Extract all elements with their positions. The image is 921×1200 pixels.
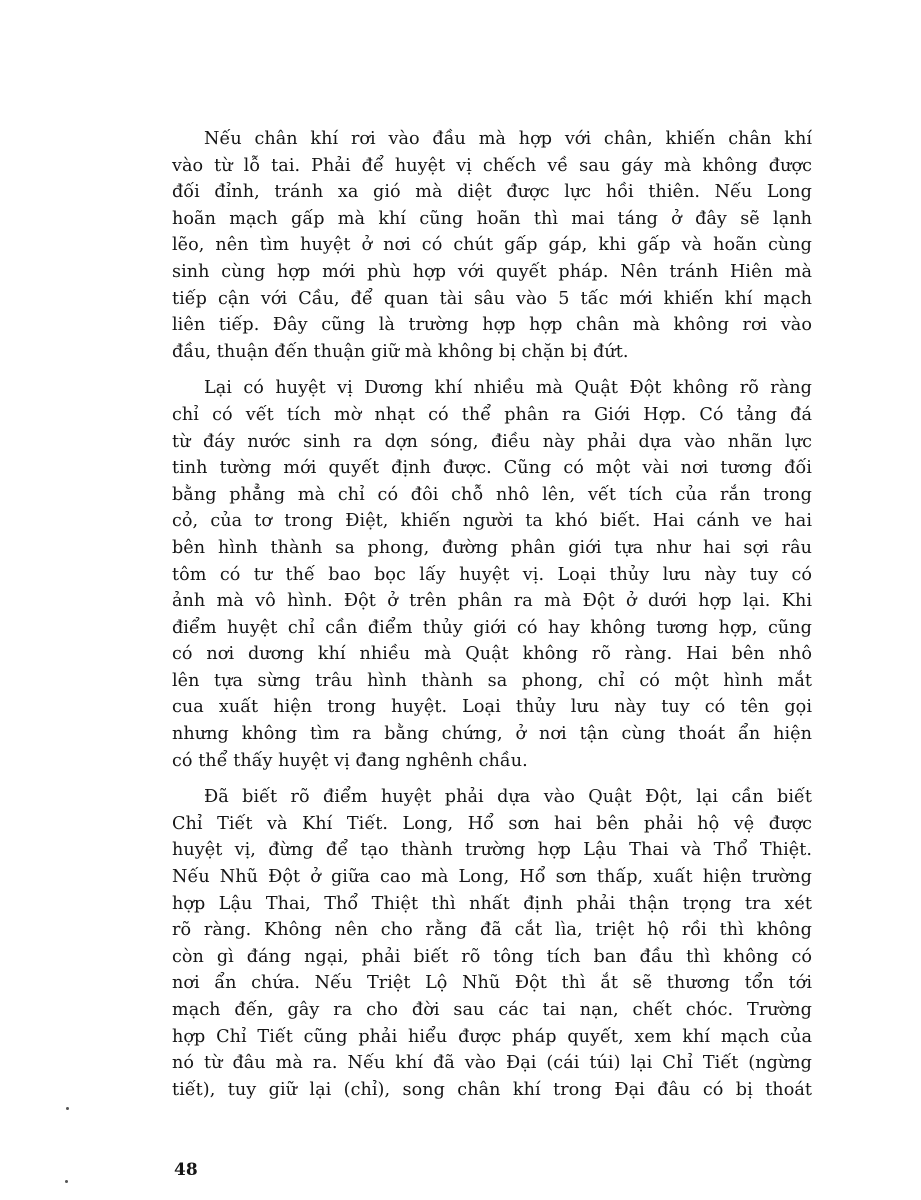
text-line: hợp Lậu Thai, Thổ Thiệt thì nhất định ph… (172, 891, 812, 918)
text-line: bằng phẳng mà chỉ có đôi chỗ nhô lên, vế… (172, 482, 812, 509)
text-line: có nơi dương khí nhiều mà Quật không rõ … (172, 641, 812, 668)
text-line: còn gì đáng ngại, phải biết rõ tông tích… (172, 944, 812, 971)
text-line: tôm có tư thế bao bọc lấy huyệt vị. Loại… (172, 562, 812, 589)
text-line: sinh cùng hợp mới phù hợp với quyết pháp… (172, 259, 812, 286)
text-line: nó từ đâu mà ra. Nếu khí đã vào Đại (cái… (172, 1050, 812, 1077)
text-line: hoãn mạch gấp mà khí cũng hoãn thì mai t… (172, 206, 812, 233)
scan-speck (65, 1180, 68, 1183)
paragraph: Đã biết rõ điểm huyệt phải dựa vào Quật … (172, 784, 812, 1103)
text-line: Đã biết rõ điểm huyệt phải dựa vào Quật … (172, 784, 812, 811)
text-line: liên tiếp. Đây cũng là trường hợp hợp ch… (172, 312, 812, 339)
scan-speck (66, 1107, 69, 1110)
text-line: đối đỉnh, tránh xa gió mà diệt được lực … (172, 179, 812, 206)
text-line: Lại có huyệt vị Dương khí nhiều mà Quật … (172, 375, 812, 402)
book-page: Nếu chân khí rơi vào đầu mà hợp với chân… (0, 0, 921, 1200)
text-line: nhưng không tìm ra bằng chứng, ở nơi tận… (172, 721, 812, 748)
text-line: Nếu Nhũ Đột ở giữa cao mà Long, Hổ sơn t… (172, 864, 812, 891)
text-line: tiếp cận với Cầu, để quan tài sâu vào 5 … (172, 286, 812, 313)
paragraph: Nếu chân khí rơi vào đầu mà hợp với chân… (172, 126, 812, 365)
text-line: vào từ lỗ tai. Phải để huyệt vị chếch về… (172, 153, 812, 180)
text-line: điểm huyệt chỉ cần điểm thủy giới có hay… (172, 615, 812, 642)
text-line: lẽo, nên tìm huyệt ở nơi có chút gấp gáp… (172, 232, 812, 259)
text-line: Chỉ Tiết và Khí Tiết. Long, Hổ sơn hai b… (172, 811, 812, 838)
text-line: cỏ, của tơ trong Điệt, khiến người ta kh… (172, 508, 812, 535)
text-line: nơi ẩn chứa. Nếu Triệt Lộ Nhũ Đột thì ắt… (172, 970, 812, 997)
text-line: lên tựa sừng trâu hình thành sa phong, c… (172, 668, 812, 695)
text-line: ảnh mà vô hình. Đột ở trên phân ra mà Độ… (172, 588, 812, 615)
body-text: Nếu chân khí rơi vào đầu mà hợp với chân… (172, 126, 812, 1113)
text-line: Nếu chân khí rơi vào đầu mà hợp với chân… (172, 126, 812, 153)
text-line: từ đáy nước sinh ra dợn sóng, điều này p… (172, 429, 812, 456)
text-line: có thể thấy huyệt vị đang nghênh chầu. (172, 748, 812, 775)
text-line: rõ ràng. Không nên cho rằng đã cắt lìa, … (172, 917, 812, 944)
text-line: bên hình thành sa phong, đường phân giới… (172, 535, 812, 562)
text-line: mạch đến, gây ra cho đời sau các tai nạn… (172, 997, 812, 1024)
text-line: tinh tường mới quyết định được. Cũng có … (172, 455, 812, 482)
text-line: đầu, thuận đến thuận giữ mà không bị chặ… (172, 339, 812, 366)
text-line: cua xuất hiện trong huyệt. Loại thủy lưu… (172, 694, 812, 721)
text-line: huyệt vị, đừng để tạo thành trường hợp L… (172, 837, 812, 864)
paragraph: Lại có huyệt vị Dương khí nhiều mà Quật … (172, 375, 812, 774)
text-line: chỉ có vết tích mờ nhạt có thể phân ra G… (172, 402, 812, 429)
text-line: hợp Chỉ Tiết cũng phải hiểu được pháp qu… (172, 1024, 812, 1051)
page-number: 48 (174, 1160, 198, 1180)
text-line: tiết), tuy giữ lại (chỉ), song chân khí … (172, 1077, 812, 1104)
